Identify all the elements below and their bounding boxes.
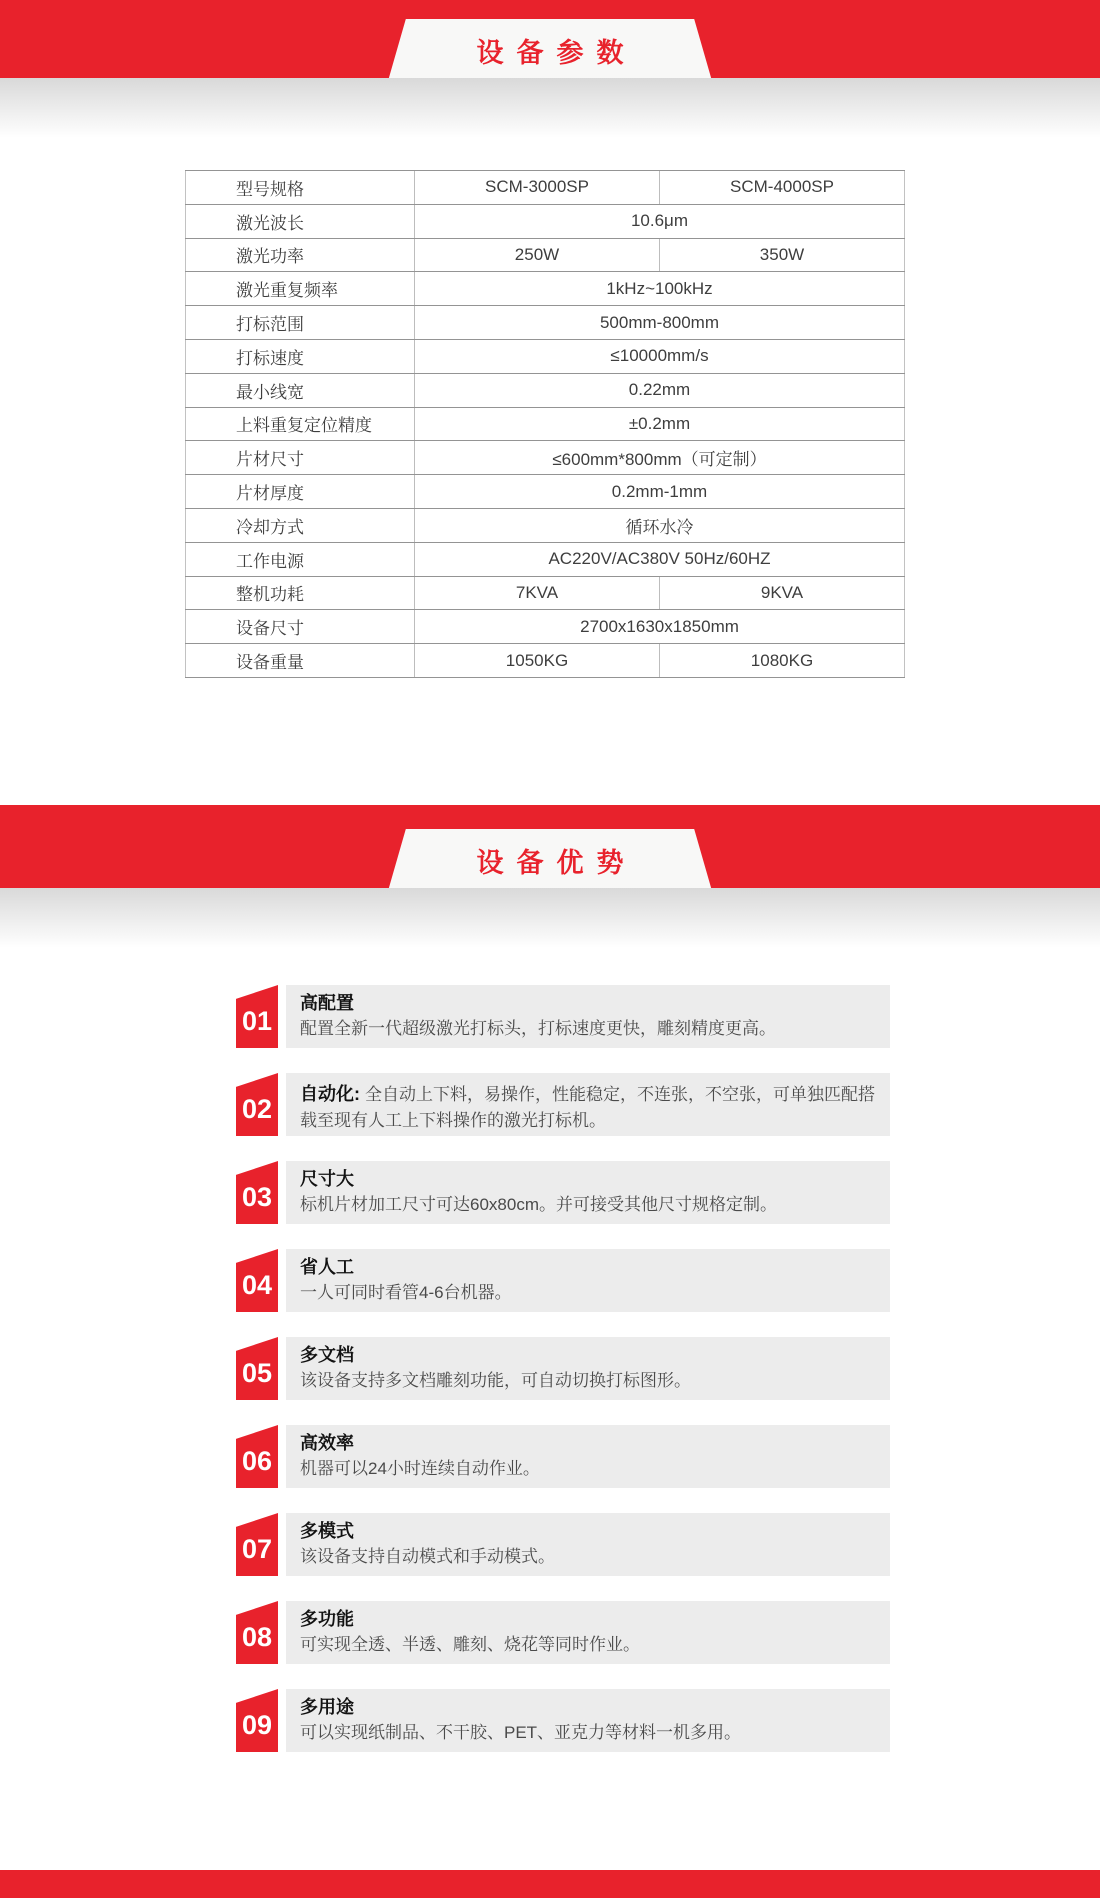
spec-value: 500mm-800mm	[415, 306, 905, 340]
advantage-description: 机器可以24小时连续自动作业。	[300, 1456, 878, 1482]
advantage-title: 高效率	[300, 1431, 878, 1456]
spec-value: 7KVA	[415, 576, 660, 610]
spec-value: 0.22mm	[415, 373, 905, 407]
advantages-section-title: 设备优势	[464, 841, 637, 880]
spec-table: 型号规格SCM-3000SPSCM-4000SP激光波长10.6μm激光功率25…	[185, 170, 905, 678]
spec-label: 设备尺寸	[186, 610, 415, 644]
advantage-bar: 高效率机器可以24小时连续自动作业。	[286, 1425, 890, 1488]
parameters-section-title: 设备参数	[464, 31, 637, 70]
spec-value: 1080KG	[660, 644, 905, 678]
spec-value: 2700x1630x1850mm	[415, 610, 905, 644]
advantage-description: 配置全新一代超级激光打标头，打标速度更快，雕刻精度更高。	[300, 1016, 878, 1042]
spec-value: ≤600mm*800mm（可定制）	[415, 441, 905, 475]
advantage-bar: 多功能可实现全透、半透、雕刻、烧花等同时作业。	[286, 1601, 890, 1664]
spec-value: 1050KG	[415, 644, 660, 678]
advantage-title: 多功能	[300, 1607, 878, 1632]
spec-value: AC220V/AC380V 50Hz/60HZ	[415, 542, 905, 576]
advantage-bar: 多模式该设备支持自动模式和手动模式。	[286, 1513, 890, 1576]
spec-label: 冷却方式	[186, 508, 415, 542]
spec-value: 10.6μm	[415, 204, 905, 238]
spec-label: 激光波长	[186, 204, 415, 238]
spec-table-row: 设备重量1050KG1080KG	[186, 644, 905, 678]
spec-table-row: 冷却方式循环水冷	[186, 508, 905, 542]
advantage-title: 自动化:	[300, 1084, 365, 1104]
banner-fade-strip	[0, 888, 1100, 948]
advantage-number-badge: 02	[236, 1073, 278, 1136]
spec-table-row: 最小线宽0.22mm	[186, 373, 905, 407]
advantage-item: 07多模式该设备支持自动模式和手动模式。	[236, 1513, 890, 1576]
spec-label: 片材尺寸	[186, 441, 415, 475]
spec-table-row: 打标范围500mm-800mm	[186, 306, 905, 340]
advantage-number-badge: 04	[236, 1249, 278, 1312]
advantage-bar: 高配置配置全新一代超级激光打标头，打标速度更快，雕刻精度更高。	[286, 985, 890, 1048]
advantage-item: 05多文档该设备支持多文档雕刻功能，可自动切换打标图形。	[236, 1337, 890, 1400]
spec-table-row: 激光波长10.6μm	[186, 204, 905, 238]
spec-table-body: 型号规格SCM-3000SPSCM-4000SP激光波长10.6μm激光功率25…	[186, 171, 905, 678]
advantage-bar: 多文档该设备支持多文档雕刻功能，可自动切换打标图形。	[286, 1337, 890, 1400]
spec-label: 激光功率	[186, 238, 415, 272]
advantage-bar: 自动化: 全自动上下料，易操作，性能稳定，不连张，不空张，可单独匹配搭载至现有人…	[286, 1073, 890, 1136]
spec-value: ≤10000mm/s	[415, 339, 905, 373]
advantage-title: 多用途	[300, 1695, 878, 1720]
advantage-item: 03尺寸大标机片材加工尺寸可达60x80cm。并可接受其他尺寸规格定制。	[236, 1161, 890, 1224]
spec-value: 350W	[660, 238, 905, 272]
spec-value: ±0.2mm	[415, 407, 905, 441]
advantage-item: 08多功能可实现全透、半透、雕刻、烧花等同时作业。	[236, 1601, 890, 1664]
advantage-description: 可以实现纸制品、不干胶、PET、亚克力等材料一机多用。	[300, 1720, 878, 1746]
spec-table-row: 上料重复定位精度±0.2mm	[186, 407, 905, 441]
spec-label: 上料重复定位精度	[186, 407, 415, 441]
spec-label: 型号规格	[186, 171, 415, 205]
advantage-title: 多文档	[300, 1343, 878, 1368]
advantage-item: 09多用途可以实现纸制品、不干胶、PET、亚克力等材料一机多用。	[236, 1689, 890, 1752]
advantage-title: 省人工	[300, 1255, 878, 1280]
spec-value: SCM-3000SP	[415, 171, 660, 205]
advantage-number-badge: 07	[236, 1513, 278, 1576]
advantages-section-banner: 设备优势	[0, 805, 1100, 888]
advantage-description: 该设备支持自动模式和手动模式。	[300, 1544, 878, 1570]
advantage-description: 标机片材加工尺寸可达60x80cm。并可接受其他尺寸规格定制。	[300, 1192, 878, 1218]
spec-label: 最小线宽	[186, 373, 415, 407]
spec-value: 0.2mm-1mm	[415, 475, 905, 509]
advantage-number-badge: 05	[236, 1337, 278, 1400]
spec-value: SCM-4000SP	[660, 171, 905, 205]
advantage-title: 多模式	[300, 1519, 878, 1544]
spec-label: 打标速度	[186, 339, 415, 373]
advantage-bar: 多用途可以实现纸制品、不干胶、PET、亚克力等材料一机多用。	[286, 1689, 890, 1752]
parameters-banner-plate: 设备参数	[388, 19, 712, 81]
spec-value: 1kHz~100kHz	[415, 272, 905, 306]
advantage-item: 02自动化: 全自动上下料，易操作，性能稳定，不连张，不空张，可单独匹配搭载至现…	[236, 1073, 890, 1136]
advantage-bar: 尺寸大标机片材加工尺寸可达60x80cm。并可接受其他尺寸规格定制。	[286, 1161, 890, 1224]
advantage-description: 该设备支持多文档雕刻功能，可自动切换打标图形。	[300, 1368, 878, 1394]
spec-table-row: 激光功率250W350W	[186, 238, 905, 272]
advantage-title: 高配置	[300, 991, 878, 1016]
spec-table-row: 打标速度≤10000mm/s	[186, 339, 905, 373]
spec-table-row: 激光重复频率1kHz~100kHz	[186, 272, 905, 306]
banner-fade-strip	[0, 78, 1100, 138]
spec-value: 250W	[415, 238, 660, 272]
advantage-text: 自动化: 全自动上下料，易操作，性能稳定，不连张，不空张，可单独匹配搭载至现有人…	[300, 1079, 878, 1134]
advantage-item: 01高配置配置全新一代超级激光打标头，打标速度更快，雕刻精度更高。	[236, 985, 890, 1048]
spec-value: 循环水冷	[415, 508, 905, 542]
spec-value: 9KVA	[660, 576, 905, 610]
advantages-list: 01高配置配置全新一代超级激光打标头，打标速度更快，雕刻精度更高。02自动化: …	[236, 985, 890, 1777]
advantage-item: 04省人工一人可同时看管4-6台机器。	[236, 1249, 890, 1312]
spec-table-row: 片材厚度0.2mm-1mm	[186, 475, 905, 509]
advantage-title: 尺寸大	[300, 1167, 878, 1192]
spec-label: 片材厚度	[186, 475, 415, 509]
spec-label: 工作电源	[186, 542, 415, 576]
parameters-section-banner: 设备参数	[0, 0, 1100, 78]
spec-label: 设备重量	[186, 644, 415, 678]
advantages-banner-plate: 设备优势	[388, 829, 712, 891]
spec-table-row: 设备尺寸2700x1630x1850mm	[186, 610, 905, 644]
spec-table-row: 片材尺寸≤600mm*800mm（可定制）	[186, 441, 905, 475]
footer-red-bar	[0, 1870, 1100, 1898]
spec-table-row: 整机功耗7KVA9KVA	[186, 576, 905, 610]
advantage-description: 一人可同时看管4-6台机器。	[300, 1280, 878, 1306]
spec-label: 整机功耗	[186, 576, 415, 610]
spec-label: 激光重复频率	[186, 272, 415, 306]
advantage-number-badge: 03	[236, 1161, 278, 1224]
advantage-item: 06高效率机器可以24小时连续自动作业。	[236, 1425, 890, 1488]
advantage-description: 可实现全透、半透、雕刻、烧花等同时作业。	[300, 1632, 878, 1658]
advantage-number-badge: 06	[236, 1425, 278, 1488]
spec-table-row: 工作电源AC220V/AC380V 50Hz/60HZ	[186, 542, 905, 576]
advantage-bar: 省人工一人可同时看管4-6台机器。	[286, 1249, 890, 1312]
advantage-number-badge: 01	[236, 985, 278, 1048]
spec-table-row: 型号规格SCM-3000SPSCM-4000SP	[186, 171, 905, 205]
advantage-number-badge: 08	[236, 1601, 278, 1664]
spec-label: 打标范围	[186, 306, 415, 340]
advantage-number-badge: 09	[236, 1689, 278, 1752]
